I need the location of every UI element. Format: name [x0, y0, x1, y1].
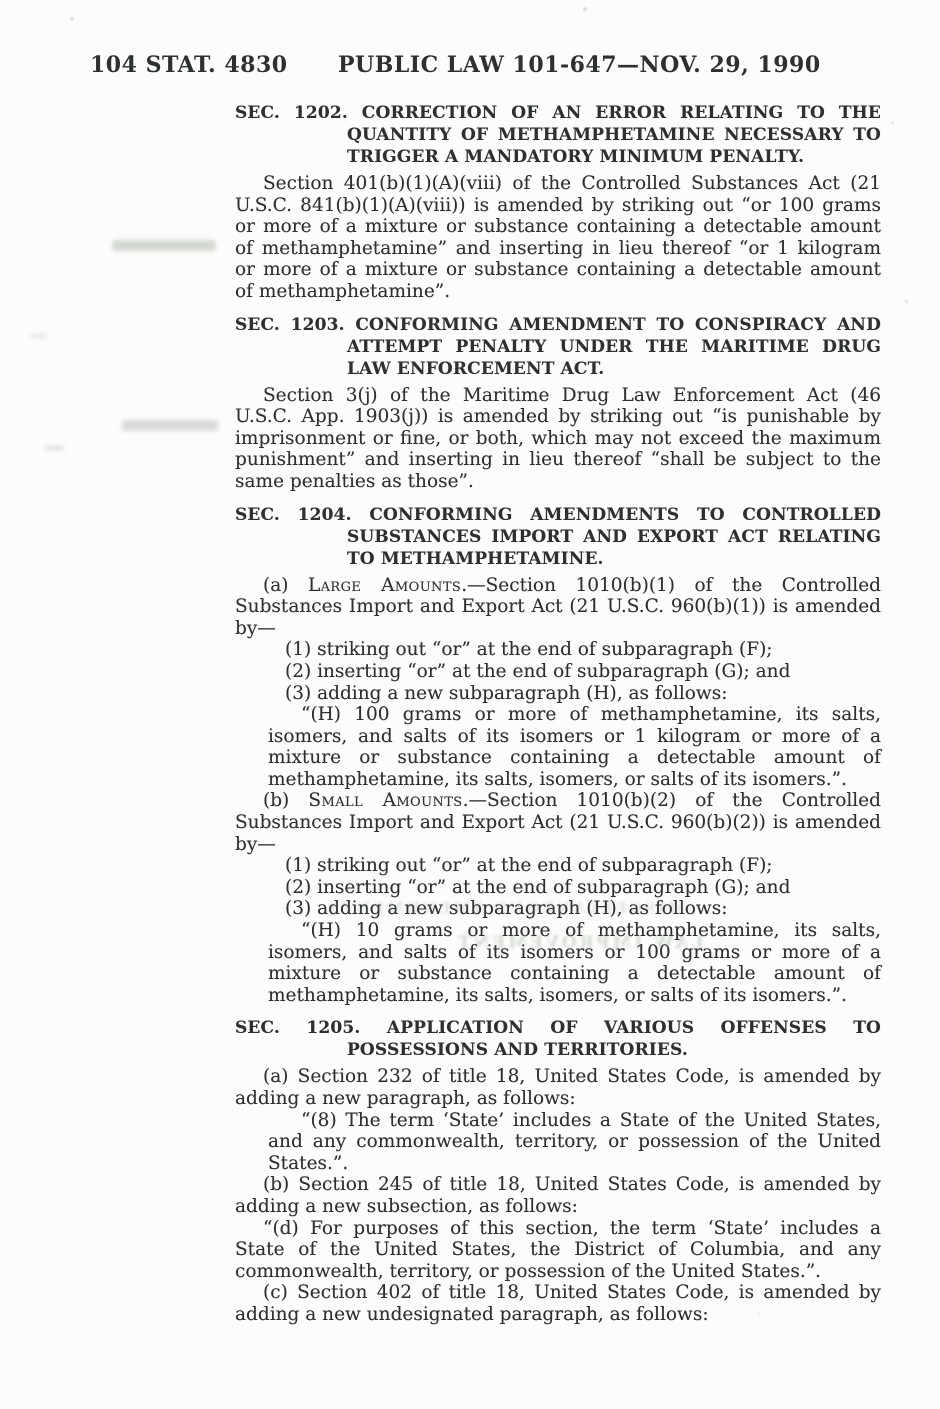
paper-speck: [905, 300, 908, 303]
paragraph: (3) adding a new subparagraph (H), as fo…: [235, 683, 881, 705]
paper-speck: [891, 121, 894, 124]
paragraph: (1) striking out “or” at the end of subp…: [235, 855, 881, 877]
page-header: 104 STAT. 4830 PUBLIC LAW 101-647—NOV. 2…: [0, 52, 940, 82]
statute-page-number: 104 STAT. 4830: [90, 52, 288, 78]
margin-smudge: [30, 334, 46, 338]
paragraph: “(8) The term ‘State’ includes a State o…: [235, 1110, 881, 1175]
scanned-statute-page: 104 STAT. 4830 PUBLIC LAW 101-647—NOV. 2…: [0, 0, 940, 1409]
margin-smudge: [44, 446, 64, 450]
section-number: SEC. 1202.: [235, 103, 348, 123]
paragraph: (2) inserting “or” at the end of subpara…: [235, 877, 881, 899]
margin-smudge: [122, 420, 218, 431]
paragraph: Section 401(b)(1)(A)(viii) of the Contro…: [235, 173, 881, 303]
paragraph: Section 3(j) of the Maritime Drug Law En…: [235, 385, 881, 493]
paragraph: (1) striking out “or” at the end of subp…: [235, 639, 881, 661]
section-number: SEC. 1204.: [235, 505, 352, 525]
section-heading: SEC. 1204. CONFORMING AMENDMENTS TO CONT…: [235, 504, 881, 570]
margin-smudge: [112, 240, 216, 251]
ink-bleed-through-text: LAW IMPROVEMENT: [455, 933, 704, 953]
small-caps-lead: Small Amounts: [308, 790, 462, 811]
paper-speck: [757, 1312, 760, 1315]
document-body: SEC. 1202. CORRECTION OF AN ERROR RELATI…: [235, 102, 881, 1326]
section-number: SEC. 1203.: [235, 315, 345, 335]
paper-speck: [583, 7, 587, 11]
paragraph: (2) inserting “or” at the end of subpara…: [235, 661, 881, 683]
small-caps-lead: Large Amounts: [308, 575, 461, 596]
section-heading: SEC. 1202. CORRECTION OF AN ERROR RELATI…: [235, 102, 881, 168]
paragraph: (b) Small Amounts.—Section 1010(b)(2) of…: [235, 790, 881, 855]
section-heading: SEC. 1205. APPLICATION OF VARIOUS OFFENS…: [235, 1017, 881, 1061]
paragraph: (a) Section 232 of title 18, United Stat…: [235, 1066, 881, 1109]
paragraph: “(d) For purposes of this section, the t…: [235, 1218, 881, 1283]
paragraph: (c) Section 402 of title 18, United Stat…: [235, 1282, 881, 1325]
paragraph: “(H) 100 grams or more of methamphetamin…: [235, 704, 881, 790]
section-number: SEC. 1205.: [235, 1018, 360, 1038]
ink-bleed-through-text: MISCELLANEOUS AMENDMENTS: [325, 899, 685, 917]
paragraph: (b) Section 245 of title 18, United Stat…: [235, 1174, 881, 1217]
paragraph: (a) Large Amounts.—Section 1010(b)(1) of…: [235, 575, 881, 640]
section-heading: SEC. 1203. CONFORMING AMENDMENT TO CONSP…: [235, 314, 881, 380]
paper-speck: [70, 17, 74, 21]
law-title: PUBLIC LAW 101-647—NOV. 29, 1990: [338, 52, 821, 78]
